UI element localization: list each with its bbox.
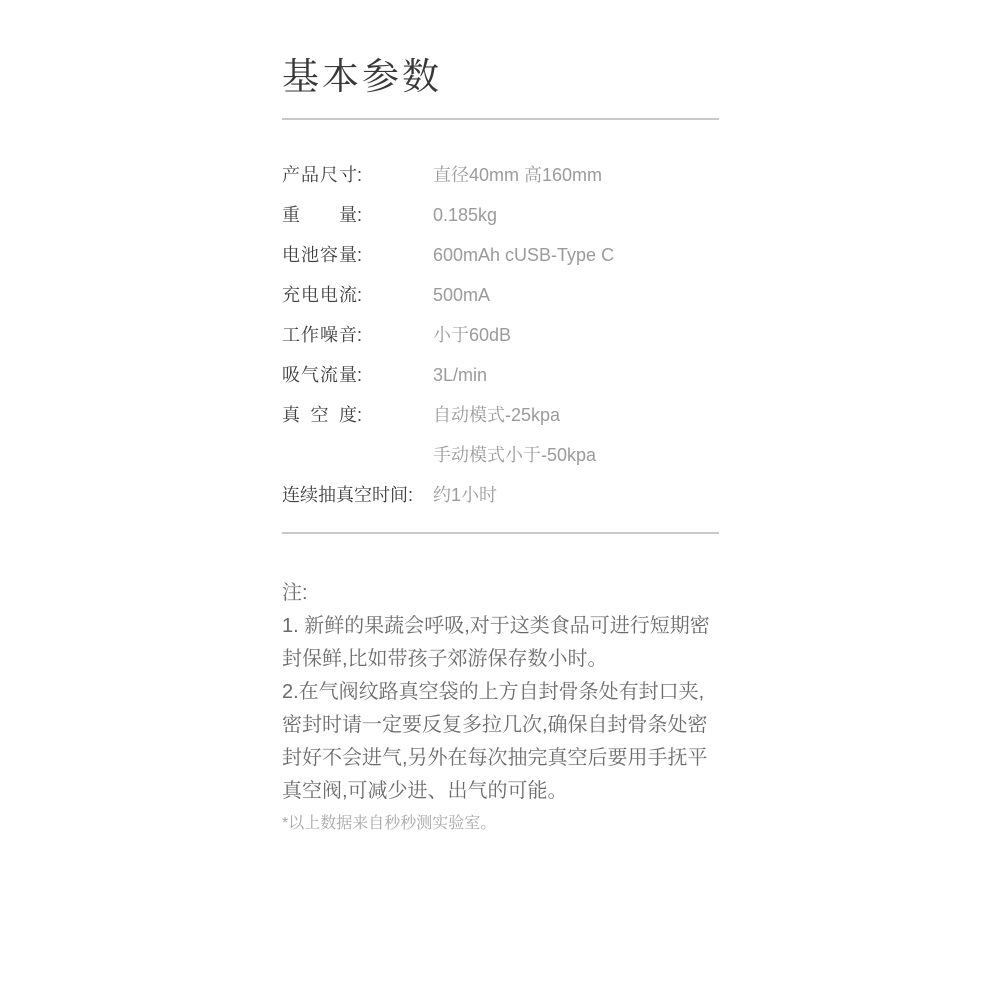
spec-label-colon: : bbox=[357, 285, 362, 305]
spec-label-text: 吸气流量 bbox=[282, 366, 357, 384]
spec-label-colon: : bbox=[357, 165, 362, 185]
spec-table: 产品尺寸: 直径40mm 高160mm 重量: 0.185kg 电池容量: 60… bbox=[282, 166, 719, 504]
spec-row-charge-current: 充电电流: 500mA bbox=[282, 286, 719, 304]
notes-header: 注: bbox=[282, 577, 719, 610]
spec-row-battery: 电池容量: 600mAh cUSB-Type C bbox=[282, 246, 719, 264]
spec-row-continuous-time: 连续抽真空时间: 约1小时 bbox=[282, 486, 719, 504]
spec-label-text: 工作噪音 bbox=[282, 326, 357, 344]
section-divider bbox=[282, 532, 719, 534]
spec-value: 500mA bbox=[433, 286, 490, 304]
spec-content-column: 基本参数 产品尺寸: 直径40mm 高160mm 重量: 0.185kg 电池容… bbox=[282, 0, 719, 834]
spec-label-colon: : bbox=[357, 245, 362, 265]
spec-label-colon: : bbox=[357, 205, 362, 225]
spec-value-text: 600mAh cUSB-Type C bbox=[433, 246, 614, 264]
spec-label-colon: : bbox=[357, 405, 362, 425]
product-spec-page: 基本参数 产品尺寸: 直径40mm 高160mm 重量: 0.185kg 电池容… bbox=[0, 0, 1000, 1000]
spec-label: 真空度: bbox=[282, 406, 433, 424]
spec-label: 吸气流量: bbox=[282, 366, 433, 384]
spec-value-text: 直径40mm 高160mm bbox=[433, 166, 602, 184]
spec-label-colon: : bbox=[357, 325, 362, 345]
page-title: 基本参数 bbox=[282, 55, 719, 98]
spec-label: 电池容量: bbox=[282, 246, 433, 264]
spec-value-text: 500mA bbox=[433, 286, 490, 304]
spec-label-colon: : bbox=[357, 365, 362, 385]
spec-value-text: 小于60dB bbox=[433, 326, 511, 344]
spec-label-text: 连续抽真空时间 bbox=[282, 486, 408, 504]
spec-value: 0.185kg bbox=[433, 206, 497, 224]
spec-value: 约1小时 bbox=[433, 486, 497, 504]
spec-label-text: 电池容量 bbox=[282, 246, 357, 264]
spec-value-text: 自动模式-25kpa bbox=[433, 406, 596, 424]
note-item-2: 2.在气阀纹路真空袋的上方自封骨条处有封口夹,密封时请一定要反复多拉几次,确保自… bbox=[282, 676, 719, 808]
spec-label: 产品尺寸: bbox=[282, 166, 433, 184]
note-item-1: 1. 新鲜的果蔬会呼吸,对于这类食品可进行短期密封保鲜,比如带孩子郊游保存数小时… bbox=[282, 610, 719, 676]
spec-row-weight: 重量: 0.185kg bbox=[282, 206, 719, 224]
spec-value-text: 约1小时 bbox=[433, 486, 497, 504]
spec-label-text: 真空度 bbox=[282, 406, 357, 424]
spec-label: 连续抽真空时间: bbox=[282, 486, 433, 504]
spec-label-text: 产品尺寸 bbox=[282, 166, 357, 184]
spec-value-text-line2: 手动模式小于-50kpa bbox=[433, 446, 596, 464]
spec-label-text: 充电电流 bbox=[282, 286, 357, 304]
spec-row-product-size: 产品尺寸: 直径40mm 高160mm bbox=[282, 166, 719, 184]
spec-row-noise: 工作噪音: 小于60dB bbox=[282, 326, 719, 344]
title-divider bbox=[282, 118, 719, 120]
spec-label-text: 重量 bbox=[282, 206, 357, 224]
spec-value: 自动模式-25kpa 手动模式小于-50kpa bbox=[433, 406, 596, 464]
spec-label: 充电电流: bbox=[282, 286, 433, 304]
spec-row-airflow: 吸气流量: 3L/min bbox=[282, 366, 719, 384]
spec-label: 重量: bbox=[282, 206, 433, 224]
spec-label-colon: : bbox=[408, 485, 413, 505]
notes-section: 注: 1. 新鲜的果蔬会呼吸,对于这类食品可进行短期密封保鲜,比如带孩子郊游保存… bbox=[282, 577, 719, 808]
spec-value: 3L/min bbox=[433, 366, 487, 384]
footnote: *以上数据来自秒秒测实验室。 bbox=[282, 814, 719, 834]
spec-value: 直径40mm 高160mm bbox=[433, 166, 602, 184]
spec-value: 小于60dB bbox=[433, 326, 511, 344]
spec-label: 工作噪音: bbox=[282, 326, 433, 344]
spec-value-text: 0.185kg bbox=[433, 206, 497, 224]
spec-value: 600mAh cUSB-Type C bbox=[433, 246, 614, 264]
spec-row-vacuum-degree: 真空度: 自动模式-25kpa 手动模式小于-50kpa bbox=[282, 406, 719, 464]
spec-value-text: 3L/min bbox=[433, 366, 487, 384]
